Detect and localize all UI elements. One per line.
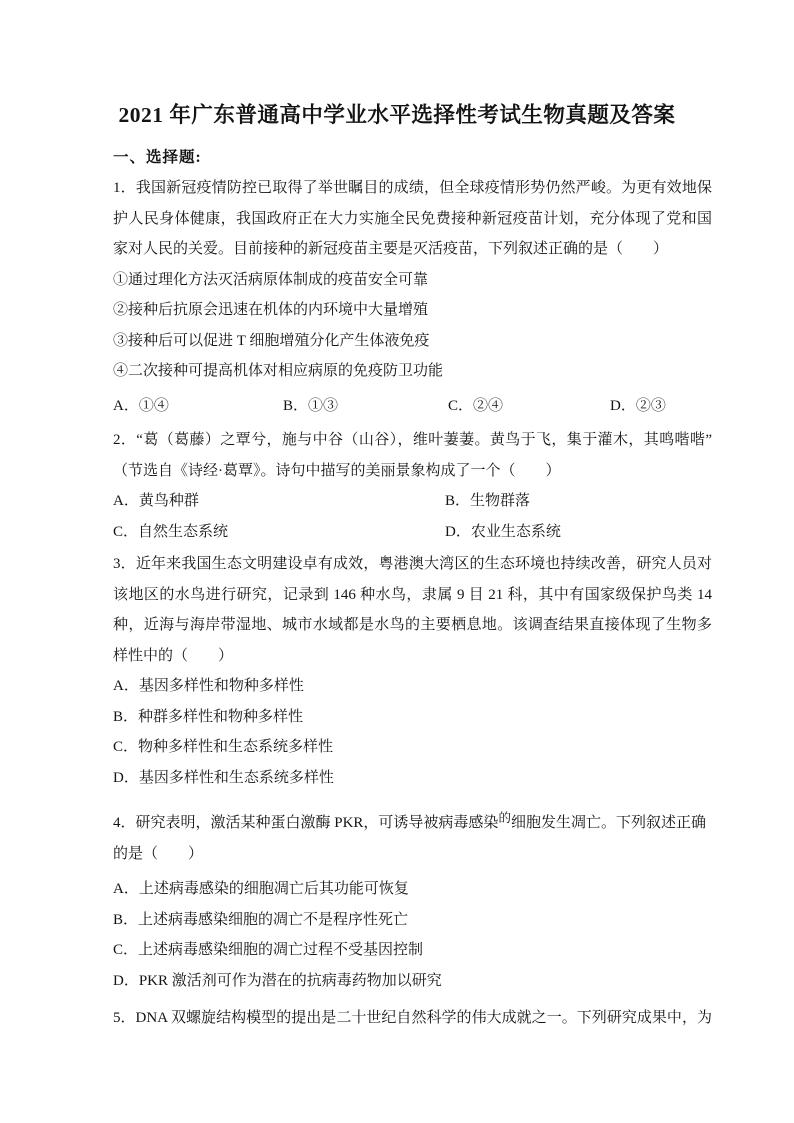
question-3-option-d: D．基因多样性和生态系统多样性: [113, 763, 712, 794]
document-body: 一、选择题: 1．我国新冠疫情防控已取得了举世瞩目的成绩，但全球疫情形势仍然严峻…: [0, 143, 794, 1034]
question-1-line-2: 护人民身体健康，我国政府正在大力实施全民免费接种新冠疫苗计划，充分体现了党和国: [113, 204, 712, 235]
question-4-options: A．上述病毒感染的细胞凋亡后其功能可恢复 B．上述病毒感染细胞的凋亡不是程序性死…: [113, 874, 712, 996]
question-4-option-c: C．上述病毒感染细胞的凋亡过程不受基因控制: [113, 935, 712, 966]
question-4-line-1-pre: 4．研究表明，激活某种蛋白激酶 PKR，可诱导被病毒感染: [113, 815, 498, 831]
question-1-statement-1: ①通过理化方法灭活病原体制成的疫苗安全可靠: [113, 265, 712, 296]
question-1-option-b: B．①③: [283, 391, 448, 422]
question-3: 3．近年来我国生态文明建设卓有成效，粤港澳大湾区的生态环境也持续改善，研究人员对…: [113, 549, 712, 793]
question-1-statement-4: ④二次接种可提高机体对相应病原的免疫防卫功能: [113, 356, 712, 387]
question-3-line-2: 该地区的水鸟进行研究，记录到 146 种水鸟，隶属 9 目 21 科，其中有国家…: [113, 580, 712, 611]
question-3-line-3: 种，近海与海岸带湿地、城市水域都是水鸟的主要栖息地。该调查结果直接体现了生物多: [113, 610, 712, 641]
question-3-option-b: B．种群多样性和物种多样性: [113, 702, 712, 733]
question-2-line-1: 2．“葛（葛藤）之覃兮，施与中谷（山谷），维叶萋萋。黄鸟于飞，集于灌木，其鸣喈喈…: [113, 425, 712, 456]
document-page: 2021 年广东普通高中学业水平选择性考试生物真题及答案 一、选择题: 1．我国…: [0, 0, 794, 1123]
question-1-option-c: C．②④: [448, 391, 610, 422]
question-2: 2．“葛（葛藤）之覃兮，施与中谷（山谷），维叶萋萋。黄鸟于飞，集于灌木，其鸣喈喈…: [113, 425, 712, 547]
question-4-line-1-post: 细胞发生凋亡。下列叙述正确: [511, 815, 706, 831]
question-1-statement-2: ②接种后抗原会迅速在机体的内环境中大量增殖: [113, 295, 712, 326]
question-1-option-a: A．①④: [113, 391, 283, 422]
question-4-option-a: A．上述病毒感染的细胞凋亡后其功能可恢复: [113, 874, 712, 905]
question-3-option-c: C．物种多样性和生态系统多样性: [113, 732, 712, 763]
question-1: 1．我国新冠疫情防控已取得了举世瞩目的成绩，但全球疫情形势仍然严峻。为更有效地保…: [113, 173, 712, 421]
question-4-line-2: 的是（ ）: [113, 839, 712, 870]
question-2-option-c: C．自然生态系统: [113, 517, 445, 548]
question-3-line-1: 3．近年来我国生态文明建设卓有成效，粤港澳大湾区的生态环境也持续改善，研究人员对: [113, 549, 712, 580]
question-1-line-1: 1．我国新冠疫情防控已取得了举世瞩目的成绩，但全球疫情形势仍然严峻。为更有效地保: [113, 173, 712, 204]
question-1-options: A．①④ B．①③ C．②④ D．②③: [113, 391, 712, 422]
question-1-line-3: 家对人民的关爱。目前接种的新冠疫苗主要是灭活疫苗，下列叙述正确的是（ ）: [113, 234, 712, 265]
document-title: 2021 年广东普通高中学业水平选择性考试生物真题及答案: [20, 101, 774, 129]
question-5-line-1: 5．DNA 双螺旋结构模型的提出是二十世纪自然科学的伟大成就之一。下列研究成果中…: [113, 1003, 712, 1034]
question-1-option-d: D．②③: [610, 391, 712, 422]
question-2-option-b: B．生物群落: [445, 486, 712, 517]
question-2-options-row-2: C．自然生态系统 D．农业生态系统: [113, 517, 712, 548]
question-4: 4．研究表明，激活某种蛋白激酶 PKR，可诱导被病毒感染的细胞发生凋亡。下列叙述…: [113, 803, 712, 996]
question-2-line-2: （节选自《诗经·葛覃》。诗句中描写的美丽景象构成了一个（ ）: [113, 456, 712, 487]
question-4-superscript: 的: [498, 811, 511, 825]
section-heading: 一、选择题:: [113, 143, 712, 173]
question-3-option-a: A．基因多样性和物种多样性: [113, 671, 712, 702]
question-3-line-4: 样性中的（ ）: [113, 641, 712, 672]
question-4-option-d: D．PKR 激活剂可作为潜在的抗病毒药物加以研究: [113, 966, 712, 997]
question-5: 5．DNA 双螺旋结构模型的提出是二十世纪自然科学的伟大成就之一。下列研究成果中…: [113, 1003, 712, 1034]
question-2-option-d: D．农业生态系统: [445, 517, 712, 548]
question-4-line-1: 4．研究表明，激活某种蛋白激酶 PKR，可诱导被病毒感染的细胞发生凋亡。下列叙述…: [113, 803, 712, 839]
question-4-option-b: B．上述病毒感染细胞的凋亡不是程序性死亡: [113, 905, 712, 936]
question-2-options-row-1: A．黄鸟种群 B．生物群落: [113, 486, 712, 517]
question-1-statement-3: ③接种后可以促进 T 细胞增殖分化产生体液免疫: [113, 326, 712, 357]
question-2-option-a: A．黄鸟种群: [113, 486, 445, 517]
